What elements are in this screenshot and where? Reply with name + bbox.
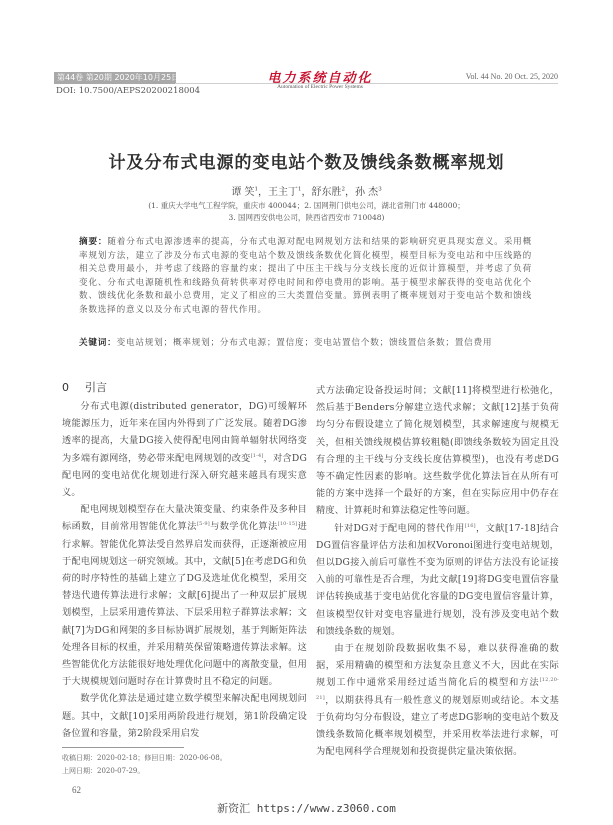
section-title: 引言	[85, 381, 107, 394]
keywords-label: 关键词：	[79, 338, 117, 348]
citation-ref: [1-4]	[251, 453, 264, 459]
abstract-text: 随着分布式电源渗透率的提高，分布式电源对配电网规划方法和结果的影响研究更具现实意…	[79, 237, 532, 315]
author-name: 谭 笑	[231, 187, 254, 198]
citation-ref: [16]	[465, 523, 476, 529]
paragraph: 分布式电源(distributed generator，DG)可缓解环境能源压力…	[62, 398, 307, 501]
article-title: 计及分布式电源的变电站个数及馈线条数概率规划	[0, 148, 613, 173]
keywords: 关键词：变电站规划；概率规划；分布式电源；置信度；变电站置信个数；馈线置信条数；…	[79, 337, 532, 351]
paragraph-text: 式方法确定设备投运时间；文献[11]将模型进行松弛化，然后基于Benders分解…	[316, 385, 559, 516]
author-name: 孙 杰	[355, 187, 378, 198]
volume-info: Vol. 44 No. 20 Oct. 25, 2020	[430, 72, 558, 81]
paragraph-text: 针对DG对于配电网的替代作用	[334, 523, 464, 534]
body-column-left: 分布式电源(distributed generator，DG)可缓解环境能源压力…	[62, 398, 307, 742]
doi: DOI: 10.7500/AEPS20200218004	[56, 86, 200, 96]
author-separator: ，	[258, 187, 268, 198]
citation-ref: [10-15]	[278, 521, 298, 527]
page-number: 62	[72, 785, 81, 795]
paragraph-text: 由于在规划阶段数据收集不易，难以获得准确的数据，采用精确的模型和方法复杂且意义不…	[316, 643, 559, 688]
paragraph: 针对DG对于配电网的替代作用[16]，文献[17-18]结合DG置信容量评估方法…	[316, 520, 559, 640]
section-heading: 0引言	[62, 379, 107, 395]
paragraph-text: 与数学优化算法	[210, 521, 278, 532]
section-number: 0	[62, 381, 69, 394]
affiliations-line-1: (1. 重庆大学电气工程学院，重庆市 400044；2. 国网荆门供电公司，湖北…	[0, 200, 613, 211]
author-list: 谭 笑1，王主丁1，舒东胜2，孙 杰3	[0, 183, 613, 198]
journal-logo-en: Automation of Electric Power Systems	[250, 84, 390, 90]
paragraph-text: 进行求解。智能优化算法受自然界启发而获得，正逐渐被应用于配电网规划这一研究领域。…	[62, 521, 307, 687]
keywords-text: 变电站规划；概率规划；分布式电源；置信度；变电站置信个数；馈线置信条数；置信费用	[117, 338, 493, 348]
author-separator: ，	[345, 187, 355, 198]
footnote-rule	[62, 747, 184, 748]
abstract: 摘要：随着分布式电源渗透率的提高，分布式电源对配电网规划方法和结果的影响研究更具…	[79, 236, 532, 318]
paragraph: 数学优化算法是通过建立数学模型来解决配电网规划问题。其中，文献[10]采用两阶段…	[62, 690, 307, 742]
header-rule-right	[380, 83, 558, 84]
footnote-online-date: 上网日期：2020-07-29。	[62, 766, 144, 776]
footnote-dates: 收稿日期：2020-02-18；修回日期：2020-06-08。	[62, 753, 227, 763]
abstract-label: 摘要：	[79, 237, 107, 247]
author-separator: ，	[302, 187, 312, 198]
affiliations-line-2: 3. 国网西安供电公司，陕西省西安市 710048)	[0, 212, 613, 223]
issue-bar: 第44卷 第20期 2020年10月25日	[54, 72, 176, 84]
paragraph: 式方法确定设备投运时间；文献[11]将模型进行松弛化，然后基于Benders分解…	[316, 382, 559, 520]
paragraph-text: 数学优化算法是通过建立数学模型来解决配电网规划问题。其中，文献[10]采用两阶段…	[62, 693, 307, 738]
paragraph: 配电网规划模型存在大量决策变量、约束条件及多种目标函数，目前常用智能优化算法[5…	[62, 501, 307, 690]
citation-ref: [5-9]	[197, 521, 210, 527]
author-name: 王主丁	[268, 187, 298, 198]
paragraph: 由于在规划阶段数据收集不易，难以获得准确的数据，采用精确的模型和方法复杂且意义不…	[316, 640, 559, 760]
body-column-right: 式方法确定设备投运时间；文献[11]将模型进行松弛化，然后基于Benders分解…	[316, 382, 559, 760]
paragraph-text: ，文献[17-18]结合DG置信容量评估方法和加权Voronoi图进行变电站规划…	[316, 523, 559, 637]
author-affil-mark: 3	[378, 187, 382, 193]
watermark: 新资汇 https://www.z3060.com	[0, 800, 613, 816]
author-name: 舒东胜	[312, 187, 342, 198]
paragraph-text: ，以期获得具有一般性意义的规划原则或结论。本文基于负荷均匀分布假设，建立了考虑D…	[316, 695, 559, 758]
